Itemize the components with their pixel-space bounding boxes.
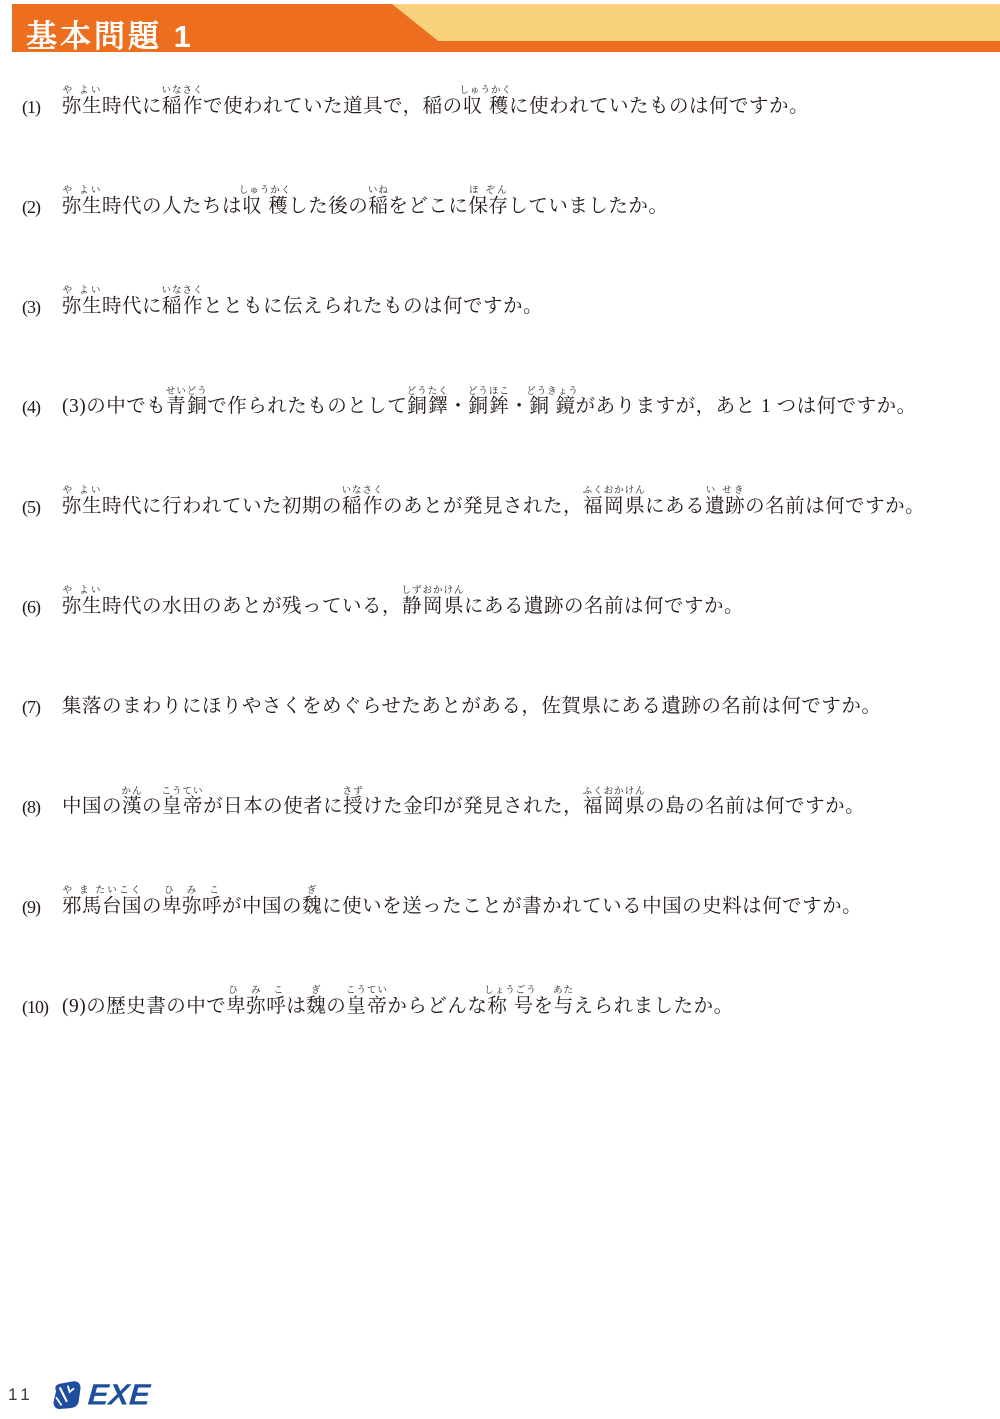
question-number: (6)	[22, 586, 62, 628]
exe-logo: EXE	[48, 1379, 150, 1412]
question-row: (5) 弥生や よい時代に行われていた初期の稲作いなさくのあとが発見された，福岡…	[22, 486, 982, 586]
question-number: (7)	[22, 686, 62, 728]
question-row: (9) 邪馬台国や ま たいこくの卑弥呼ひ み こが中国の魏ぎに使いを送ったこと…	[22, 886, 982, 986]
question-text: 邪馬台国や ま たいこくの卑弥呼ひ み こが中国の魏ぎに使いを送ったことが書かれ…	[62, 886, 862, 928]
header-band: 基本問題 1	[12, 4, 1000, 52]
question-row: (2) 弥生や よい時代の人たちは収穫しゅうかくした後の稲いねをどこに保存ほ ぞ…	[22, 186, 982, 286]
question-number: (2)	[22, 186, 62, 228]
question-text: 弥生や よい時代に稲作いなさくで使われていた道具で，稲の収穫しゅうかくに使われて…	[62, 86, 809, 128]
question-row: (8) 中国の漢かんの皇帝こうていが日本の使者に授さずけた金印が発見された，福岡…	[22, 786, 982, 886]
question-text: 弥生や よい時代の人たちは収穫しゅうかくした後の稲いねをどこに保存ほ ぞんしてい…	[62, 186, 668, 228]
question-row: (7) 集落のまわりにほりやさくをめぐらせたあとがある，佐賀県にある遺跡の名前は…	[22, 686, 982, 786]
question-row: (1) 弥生や よい時代に稲作いなさくで使われていた道具で，稲の収穫しゅうかくに…	[22, 86, 982, 186]
question-list: (1) 弥生や よい時代に稲作いなさくで使われていた道具で，稲の収穫しゅうかくに…	[0, 52, 1000, 1086]
question-row: (3) 弥生や よい時代に稲作いなさくとともに伝えられたものは何ですか。	[22, 286, 982, 386]
question-text: 集落のまわりにほりやさくをめぐらせたあとがある，佐賀県にある遺跡の名前は何ですか…	[62, 686, 881, 728]
page-title: 基本問題 1	[26, 11, 194, 56]
question-text: 弥生や よい時代に稲作いなさくとともに伝えられたものは何ですか。	[62, 286, 543, 328]
question-row: (4) (3)の中でも青銅せいどうで作られたものとして銅鐸どうたく・銅鉾どうほこ…	[22, 386, 982, 486]
question-text: (3)の中でも青銅せいどうで作られたものとして銅鐸どうたく・銅鉾どうほこ・銅鏡ど…	[62, 386, 917, 428]
question-number: (3)	[22, 286, 62, 328]
question-text: 中国の漢かんの皇帝こうていが日本の使者に授さずけた金印が発見された，福岡県ふくお…	[62, 786, 865, 828]
logo-text: EXE	[87, 1381, 151, 1410]
question-number: (10)	[22, 986, 62, 1028]
question-row: (10) (9)の歴史書の中で卑弥呼ひ み こは魏ぎの皇帝こうていからどんな称号…	[22, 986, 982, 1086]
question-number: (5)	[22, 486, 62, 528]
worksheet-page: 基本問題 1 (1) 弥生や よい時代に稲作いなさくで使われていた道具で，稲の収…	[0, 0, 1000, 1419]
question-number: (1)	[22, 86, 62, 128]
question-row: (6) 弥生や よい時代の水田のあとが残っている，静岡県しずおかけんにある遺跡の…	[22, 586, 982, 686]
question-number: (8)	[22, 786, 62, 828]
question-text: 弥生や よい時代に行われていた初期の稲作いなさくのあとが発見された，福岡県ふくお…	[62, 486, 925, 528]
question-text: 弥生や よい時代の水田のあとが残っている，静岡県しずおかけんにある遺跡の名前は何…	[62, 586, 744, 628]
header-yellow-accent	[392, 4, 1000, 41]
fist-icon	[48, 1379, 84, 1412]
page-number: 11	[8, 1385, 34, 1405]
question-number: (9)	[22, 886, 62, 928]
question-text: (9)の歴史書の中で卑弥呼ひ み こは魏ぎの皇帝こうていからどんな称号しょうごう…	[62, 986, 734, 1028]
footer: 11 EXE	[8, 1377, 150, 1413]
question-number: (4)	[22, 386, 62, 428]
